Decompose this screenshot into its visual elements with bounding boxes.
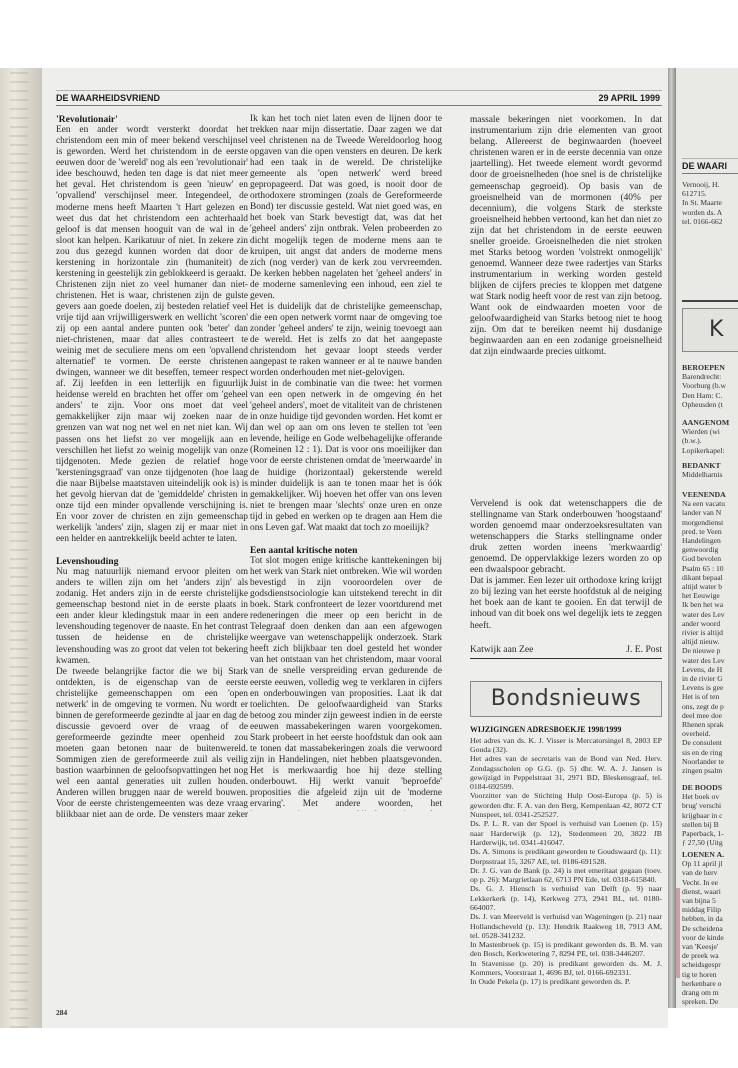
section-heading-levenshouding: Levenshouding — [56, 556, 248, 567]
next-page-section-aangenomen: AANGENOM Wierden (wi (b.w.). Lopikerkape… — [682, 418, 738, 455]
paragraph: Tot slot mogen enige kritische kantteken… — [250, 556, 442, 811]
next-page-fragment: DE WAARI Vernooij, H. 612715. In St. Maa… — [676, 68, 738, 1008]
section-heading-kritische-noten: Een aantal kritische noten — [250, 545, 442, 556]
next-page-section-bedankt: BEDANKT Middelharnis — [682, 461, 738, 479]
section-heading-revolutionair: 'Revolutionair' — [56, 114, 248, 125]
publication-title: DE WAARHEIDSVRIEND — [56, 91, 160, 105]
address-change-item: Ds. A. Simons is predikant geworden te G… — [470, 847, 662, 866]
article-column-1: 'Revolutionair' Een en ander wordt verst… — [56, 114, 248, 817]
paragraph: Nu mag natuurlijk niemand ervoor pleiten… — [56, 567, 248, 666]
address-change-item: In Stavenisse (p. 20) is predikant gewor… — [470, 959, 662, 978]
next-page-section-beroepen: BEROEPEN Barendrecht: Voorburg (b.w Den … — [682, 363, 738, 409]
bondsnieuws-subheading: WIJZIGINGEN ADRESBOEKJE 1998/1999 — [470, 724, 662, 735]
address-change-item: Voorzitter van de Stichting Hulp Oost-Eu… — [470, 791, 662, 819]
next-page-banner: K — [682, 308, 738, 352]
paragraph: Vervelend is ook dat wetenschappers die … — [470, 499, 662, 576]
signature-place: Katwijk aan Zee — [470, 644, 533, 655]
bondsnieuws-banner: Bondsnieuws — [470, 681, 662, 717]
paragraph: Een en ander wordt versterkt doordat het… — [56, 125, 248, 280]
paragraph: De tweede belangrijke factor die we bij … — [56, 667, 248, 817]
running-head: DE WAARHEIDSVRIEND 29 APRIL 1999 — [56, 90, 662, 106]
address-change-item: In Oude Pekela (p. 17) is predikant gewo… — [470, 977, 662, 986]
bondsnieuws-section: WIJZIGINGEN ADRESBOEKJE 1998/1999 Het ad… — [470, 724, 662, 987]
signature-author: J. E. Post — [626, 644, 662, 655]
paragraph: Dat is jammer. Een lezer uit orthodoxe k… — [470, 576, 662, 631]
article-signature: Katwijk aan Zee J. E. Post — [470, 644, 662, 659]
address-change-item: In Mastenbroek (p. 15) is predikant gewo… — [470, 940, 662, 959]
issue-date: 29 APRIL 1999 — [598, 91, 660, 105]
address-change-item: Ds. J. van Meerveld is verhuisd van Wage… — [470, 912, 662, 940]
next-page-section-boodschap: DE BOODS Het boek ov brug' verschi krijg… — [682, 783, 738, 847]
article-column-3: Tot slot mogen enige kritische kantteken… — [470, 114, 662, 987]
address-change-item: Ds. P. L. R. van der Spoel is verhuisd v… — [470, 819, 662, 847]
next-page-section-loenen: LOENEN A. Op 11 april jl van de herv Vec… — [682, 850, 738, 1008]
page-gutter — [668, 68, 676, 1008]
article-column-2: Ik kan het toch niet laten even de lijne… — [250, 114, 442, 811]
address-change-item: Het adres van ds. K. J. Visser is Mercat… — [470, 736, 662, 755]
paragraph: Ik kan het toch niet laten even de lijne… — [250, 114, 442, 302]
address-change-item: Het adres van de secretaris van de Bond … — [470, 754, 662, 791]
address-change-item: Dr. J. G. van de Bank (p. 24) is met eme… — [470, 866, 662, 885]
book-page-edge — [0, 68, 42, 1028]
next-page-section-veenendaal: VEENENDA Na een vacatu lander van N morg… — [682, 490, 738, 775]
address-change-item: Ds. G. J. Hiensch is verhuisd van Delft … — [470, 884, 662, 912]
next-page-running-head: DE WAARI — [682, 158, 738, 174]
next-page-top-lines: Vernooij, H. 612715. In St. Maarte worde… — [682, 180, 738, 226]
page-number: 284 — [56, 1008, 67, 1017]
paragraph: Juist in de combinatie van die twee: het… — [250, 379, 442, 534]
paragraph: Tot slot mogen enige kritische kantteken… — [470, 114, 662, 499]
paragraph: Christenen zijn niet zo veel humaner dan… — [56, 280, 248, 545]
paragraph: Het is duidelijk dat de christelijke gem… — [250, 302, 442, 379]
